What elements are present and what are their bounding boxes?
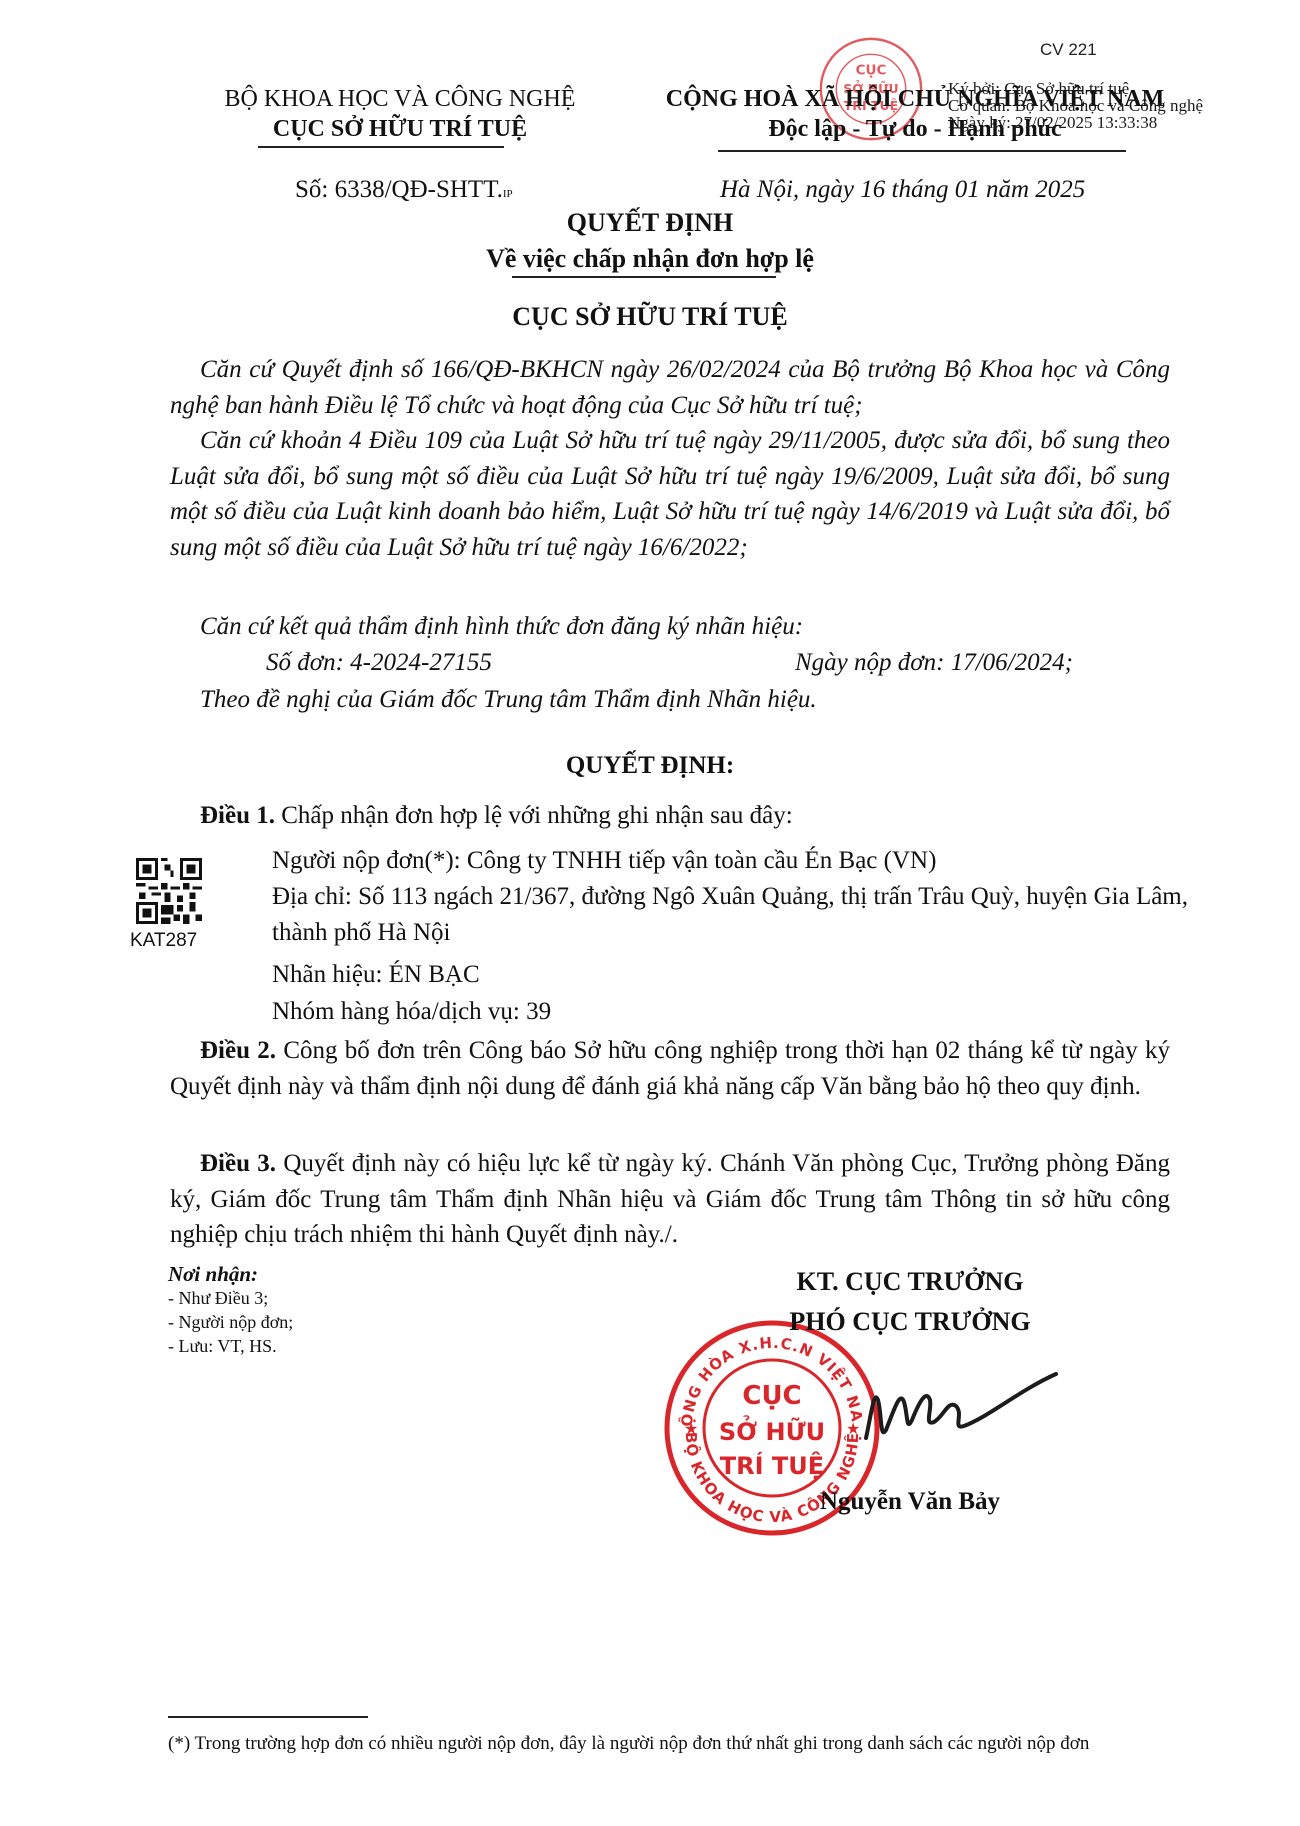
- signatory-on-behalf: KT. CỤC TRƯỞNG: [700, 1262, 1120, 1302]
- article-3-text: Quyết định này có hiệu lực kể từ ngày ký…: [170, 1150, 1170, 1248]
- handwritten-signature-icon: [860, 1360, 1060, 1460]
- footnote-divider: [168, 1716, 368, 1718]
- preamble-examination-basis: Căn cứ kết quả thẩm định hình thức đơn đ…: [170, 609, 1170, 645]
- article-1-label: Điều 1.: [200, 802, 275, 829]
- digital-signature-stamp: Ký bởi: Cục Sở hữu trí tuệ Cơ quan: Bộ K…: [948, 80, 1203, 131]
- document-title: QUYẾT ĐỊNH: [0, 206, 1300, 240]
- header-right-underline: [718, 150, 1126, 152]
- qr-code-icon: [136, 858, 202, 924]
- document-subject: Về việc chấp nhận đơn hợp lệ: [0, 242, 1300, 276]
- article-2-label: Điều 2.: [200, 1037, 276, 1064]
- article-1: Điều 1. Chấp nhận đơn hợp lệ với những g…: [170, 798, 1170, 834]
- article-1-text: Chấp nhận đơn hợp lệ với những ghi nhận …: [275, 802, 793, 829]
- goods-class-field: Nhóm hàng hóa/dịch vụ: 39: [272, 994, 1172, 1030]
- svg-text:★: ★: [684, 1421, 698, 1438]
- recipients-heading: Nơi nhận:: [168, 1262, 293, 1286]
- preamble-decision-basis: Căn cứ Quyết định số 166/QĐ-BKHCN ngày 2…: [170, 352, 1170, 423]
- trademark-field: Nhãn hiệu: ÉN BẠC: [272, 957, 1172, 993]
- svg-text:CỤC: CỤC: [742, 1381, 801, 1411]
- recipients-block: Nơi nhận: - Như Điều 3; - Người nộp đơn;…: [168, 1262, 293, 1358]
- application-filing-date: Ngày nộp đơn: 17/06/2024;: [795, 645, 1175, 681]
- signatory-position: PHÓ CỤC TRƯỞNG: [700, 1302, 1120, 1342]
- recipient-item: - Như Điều 3;: [168, 1286, 293, 1310]
- application-number: Số đơn: 4-2024-27155: [266, 645, 566, 681]
- department-name: CỤC SỞ HỮU TRÍ TUỆ: [180, 114, 620, 144]
- svg-text:SỞ HỮU: SỞ HỮU: [719, 1413, 825, 1446]
- decision-heading: QUYẾT ĐỊNH:: [0, 752, 1300, 780]
- signatory-title: KT. CỤC TRƯỞNG PHÓ CỤC TRƯỞNG: [700, 1262, 1120, 1342]
- recipient-item: - Lưu: VT, HS.: [168, 1334, 293, 1358]
- header-left-underline: [258, 146, 504, 148]
- document-code: CV 221: [1040, 40, 1097, 60]
- document-number-suffix: IP: [503, 188, 513, 200]
- applicant-field: Người nộp đơn(*): Công ty TNHH tiếp vận …: [272, 843, 1172, 879]
- issuing-authority: CỤC SỞ HỮU TRÍ TUỆ: [0, 302, 1300, 332]
- article-2-text: Công bố đơn trên Công báo Sở hữu công ng…: [170, 1037, 1170, 1100]
- article-2: Điều 2. Công bố đơn trên Công báo Sở hữu…: [170, 1033, 1170, 1104]
- signing-time: Ngày ký: 27/02/2025 13:33:38: [948, 114, 1203, 131]
- subject-underline: [512, 276, 776, 278]
- svg-text:★: ★: [846, 1421, 860, 1438]
- svg-text:TRÍ TUỆ: TRÍ TUỆ: [720, 1450, 824, 1480]
- qr-code-label: KAT287: [130, 930, 197, 952]
- document-number-text: Số: 6338/QĐ-SHTT.: [295, 176, 503, 203]
- article-3: Điều 3. Quyết định này có hiệu lực kể từ…: [170, 1146, 1170, 1253]
- address-field: Địa chỉ: Số 113 ngách 21/367, đường Ngô …: [272, 879, 1202, 950]
- signed-by: Ký bởi: Cục Sở hữu trí tuệ: [948, 80, 1203, 97]
- ministry-name: BỘ KHOA HỌC VÀ CÔNG NGHỆ: [180, 84, 620, 114]
- issuing-ministry: BỘ KHOA HỌC VÀ CÔNG NGHỆ CỤC SỞ HỮU TRÍ …: [180, 84, 620, 144]
- signatory-name: Nguyễn Văn Bảy: [700, 1488, 1120, 1516]
- svg-text:CỤC: CỤC: [856, 63, 887, 79]
- place-and-date: Hà Nội, ngày 16 tháng 01 năm 2025: [720, 176, 1085, 204]
- proposal-basis: Theo đề nghị của Giám đốc Trung tâm Thẩm…: [170, 682, 1170, 718]
- recipient-item: - Người nộp đơn;: [168, 1310, 293, 1334]
- preamble-law-basis: Căn cứ khoản 4 Điều 109 của Luật Sở hữu …: [170, 423, 1170, 565]
- document-number: Số: 6338/QĐ-SHTT.IP: [295, 176, 513, 204]
- footnote: (*) Trong trường hợp đơn có nhiều người …: [168, 1730, 1208, 1757]
- signing-agency: Cơ quan: Bộ Khoa học và Công nghệ: [948, 97, 1203, 114]
- article-3-label: Điều 3.: [200, 1150, 276, 1177]
